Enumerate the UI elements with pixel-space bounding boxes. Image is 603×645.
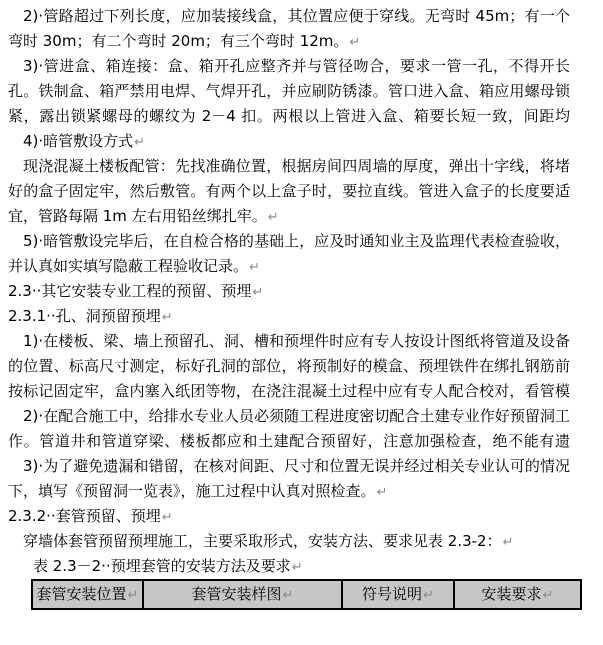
paragraph-return-mark: ↵ <box>291 560 303 575</box>
paragraph: 穿墙体套管预留预埋施工，主要采取形式，安装方法、要求见表 2.3-2：↵ <box>8 529 570 554</box>
paragraph-text: 1)·在楼板、梁、墙上预留孔、洞、槽和预埋件时应有专人按设计图纸将管道及设备的位… <box>8 332 570 404</box>
table-header-row: 套管安装位置↵ 套管安装样图↵ 符号说明↵ 安装要求↵ <box>32 580 581 609</box>
sleeve-install-table: 套管安装位置↵ 套管安装样图↵ 符号说明↵ 安装要求↵ <box>31 579 582 610</box>
table-header-cell-requirements: 安装要求↵ <box>454 580 581 609</box>
paragraph-return-mark: ↵ <box>127 588 139 603</box>
section-heading: 2.3.2··套管预留、预埋↵ <box>8 504 570 529</box>
paragraph-text: 现浇混凝土楼板配管：先找准确位置，根据房间四周墙的厚度，弹出十字线，将堵好的盒子… <box>8 157 570 225</box>
paragraph-return-mark: ↵ <box>251 285 263 300</box>
table-header-cell-symbols: 符号说明↵ <box>342 580 454 609</box>
header-cell-text: 安装要求 <box>482 585 542 603</box>
paragraph-text: 2)·管路超过下列长度，应加装接线盒，其位置应便于穿线。无弯时 45m；有一个弯… <box>8 7 570 50</box>
header-cell-text: 符号说明 <box>362 585 422 603</box>
paragraph-return-mark: ↵ <box>161 510 173 525</box>
paragraph-return-mark: ↵ <box>267 210 279 225</box>
header-cell-text: 套管安装位置 <box>37 585 127 603</box>
paragraph-return-mark: ↵ <box>161 310 173 325</box>
paragraph-return-mark: ↵ <box>248 260 260 275</box>
paragraph-return-mark: ↵ <box>348 35 360 50</box>
paragraph-text: 4)·暗管敷设方式 <box>23 132 133 150</box>
table-header-cell-position: 套管安装位置↵ <box>32 580 143 609</box>
paragraph-text: 3)·管进盒、箱连接：盒、箱开孔应整齐并与管径吻合，要求一管一孔，不得开长孔。铁… <box>8 57 570 129</box>
paragraph: 2)·管路超过下列长度，应加装接线盒，其位置应便于穿线。无弯时 45m；有一个弯… <box>8 4 570 54</box>
paragraph-return-mark: ↵ <box>542 588 554 603</box>
paragraph: 4)·暗管敷设方式↵ <box>8 129 570 154</box>
paragraph: 1)·在楼板、梁、墙上预留孔、洞、槽和预埋件时应有专人按设计图纸将管道及设备的位… <box>8 329 570 404</box>
paragraph-text: 3)·为了避免遗漏和错留，在核对间距、尺寸和位置无误并经过相关专业认可的情况下，… <box>8 457 570 500</box>
paragraph-return-mark: ↵ <box>502 535 514 550</box>
table-caption: 表 2.3－2··预埋套管的安装方法及要求↵ <box>8 554 570 579</box>
table-header-cell-diagram: 套管安装样图↵ <box>143 580 342 609</box>
paragraph-return-mark: ↵ <box>282 588 294 603</box>
paragraph: 3)·管进盒、箱连接：盒、箱开孔应整齐并与管径吻合，要求一管一孔，不得开长孔。铁… <box>8 54 570 129</box>
paragraph: 3)·为了避免遗漏和错留，在核对间距、尺寸和位置无误并经过相关专业认可的情况下，… <box>8 454 570 504</box>
paragraph-text: 5)·暗管敷设完毕后，在自检合格的基础上，应及时通知业主及监理代表检查验收，并认… <box>8 232 570 275</box>
caption-text: 表 2.3－2··预埋套管的安装方法及要求 <box>33 557 291 575</box>
paragraph: 2)·在配合施工中，给排水专业人员必须随工程进度密切配合土建专业作好预留洞工作。… <box>8 404 570 454</box>
heading-text: 2.3··其它安装专业工程的预留、预埋 <box>8 282 251 300</box>
section-heading: 2.3.1··孔、洞预留预埋↵ <box>8 304 570 329</box>
paragraph-text: 穿墙体套管预留预埋施工，主要采取形式，安装方法、要求见表 2.3-2： <box>23 532 502 550</box>
paragraph-return-mark: ↵ <box>133 135 145 150</box>
paragraph: 现浇混凝土楼板配管：先找准确位置，根据房间四周墙的厚度，弹出十字线，将堵好的盒子… <box>8 154 570 229</box>
document-page[interactable]: 2)·管路超过下列长度，应加装接线盒，其位置应便于穿线。无弯时 45m；有一个弯… <box>0 0 603 645</box>
header-cell-text: 套管安装样图 <box>192 585 282 603</box>
paragraph-return-mark: ↵ <box>376 485 388 500</box>
paragraph-return-mark: ↵ <box>422 588 434 603</box>
section-heading: 2.3··其它安装专业工程的预留、预埋↵ <box>8 279 570 304</box>
heading-text: 2.3.1··孔、洞预留预埋 <box>8 307 161 325</box>
paragraph-text: 2)·在配合施工中，给排水专业人员必须随工程进度密切配合土建专业作好预留洞工作。… <box>8 407 570 454</box>
heading-text: 2.3.2··套管预留、预埋 <box>8 507 161 525</box>
paragraph: 5)·暗管敷设完毕后，在自检合格的基础上，应及时通知业主及监理代表检查验收，并认… <box>8 229 570 279</box>
